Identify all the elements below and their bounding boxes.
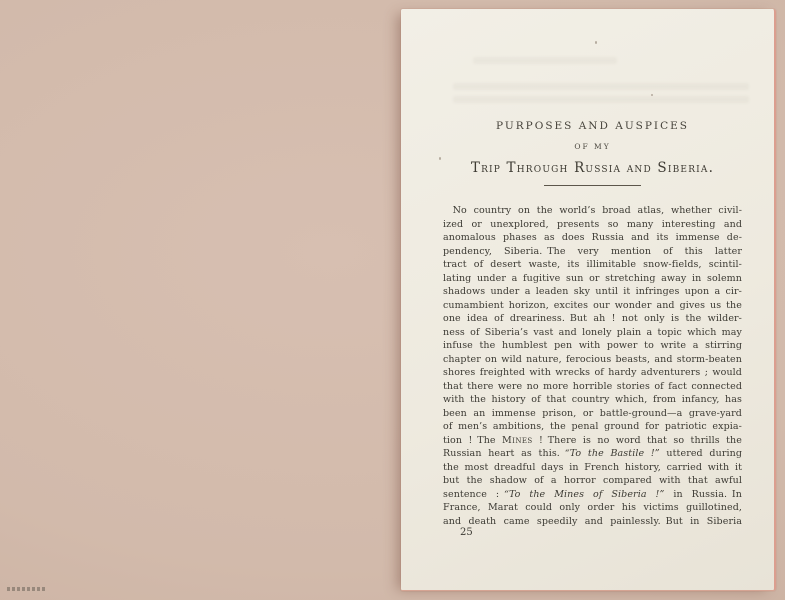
title-rule bbox=[544, 185, 641, 186]
text-line: ized or unexplored, presents so many int… bbox=[443, 218, 742, 232]
text-line: the most dreadful days in French history… bbox=[443, 461, 742, 475]
chapter-heading: PURPOSES AND AUSPICES bbox=[443, 120, 742, 132]
paper-speck bbox=[439, 157, 441, 160]
text-line: and death came speedily and painlessly. … bbox=[443, 515, 742, 529]
chapter-subheading: OF MY bbox=[443, 142, 742, 151]
book-spread-background: PURPOSES AND AUSPICES OF MY Trip Through… bbox=[0, 0, 785, 600]
corner-stamp bbox=[7, 587, 45, 591]
book-page: PURPOSES AND AUSPICES OF MY Trip Through… bbox=[401, 9, 776, 591]
text-line: ness of Siberia’s vast and lonely plain … bbox=[443, 326, 742, 340]
page-number: 25 bbox=[443, 527, 742, 538]
text-line: that there were no more horrible stories… bbox=[443, 380, 742, 394]
text-line: chapter on wild nature, ferocious beasts… bbox=[443, 353, 742, 367]
text-line: sentence : “To the Mines of Siberia !” i… bbox=[443, 488, 742, 502]
text-line: infuse the humblest pen with power to wr… bbox=[443, 339, 742, 353]
text-line: one idea of dreariness. But ah ! not onl… bbox=[443, 312, 742, 326]
text-line: tract of desert waste, its illimitable s… bbox=[443, 258, 742, 272]
page-content: PURPOSES AND AUSPICES OF MY Trip Through… bbox=[443, 9, 742, 538]
text-line: shores freighted with wrecks of hardy ad… bbox=[443, 366, 742, 380]
body-text: No country on the world’s broad atlas, w… bbox=[443, 204, 742, 528]
text-line: of men’s ambitions, the penal ground for… bbox=[443, 420, 742, 434]
text-line: pendency, Siberia. The very mention of t… bbox=[443, 245, 742, 259]
text-line: tion ! The Mines ! There is no word that… bbox=[443, 434, 742, 448]
text-line: but the shadow of a horror compared with… bbox=[443, 474, 742, 488]
text-line: No country on the world’s broad atlas, w… bbox=[443, 204, 742, 218]
text-line: been an immense prison, or battle-ground… bbox=[443, 407, 742, 421]
text-line: France, Marat could only order his victi… bbox=[443, 501, 742, 515]
text-line: lating under a fugitive sun or stretchin… bbox=[443, 272, 742, 286]
text-line: shadows under a leaden sky until it infr… bbox=[443, 285, 742, 299]
text-line: with the history of that country which, … bbox=[443, 393, 742, 407]
chapter-title: Trip Through Russia and Siberia. bbox=[443, 160, 742, 176]
text-line: cumambient horizon, excites our wonder a… bbox=[443, 299, 742, 313]
text-line: anomalous phases as does Russia and its … bbox=[443, 231, 742, 245]
text-line: Russian heart as this. “To the Bastile !… bbox=[443, 447, 742, 461]
